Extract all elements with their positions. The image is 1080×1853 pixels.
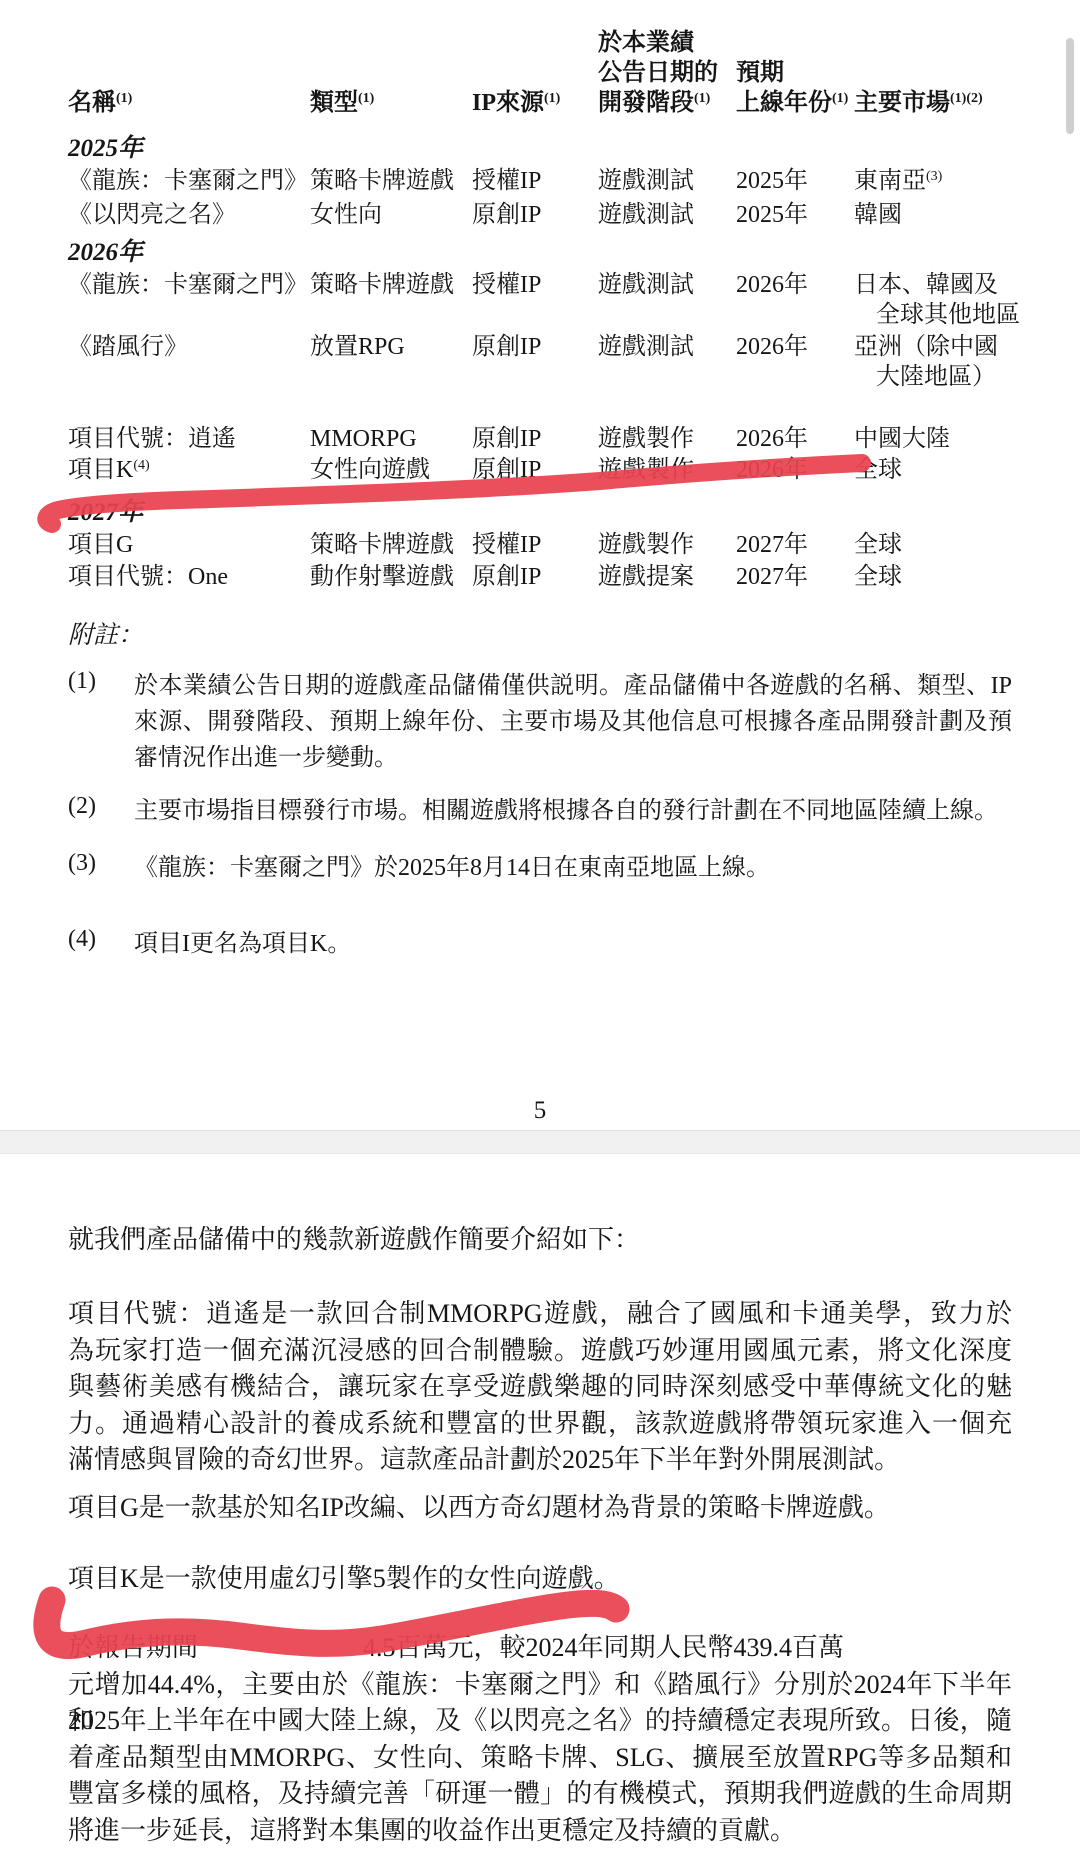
col-header-stage-line2: 公告日期的 [598, 58, 718, 88]
col-header-type: 類型(1) [310, 88, 374, 118]
footnote-number: (1) [68, 668, 96, 695]
col-header-ip: IP來源(1) [472, 88, 560, 118]
footnote-number: (2) [68, 793, 96, 820]
col-header-name-label: 名稱 [68, 90, 116, 116]
col-header-ip-footnote: (1) [544, 91, 560, 106]
cell-launch-year: 2026年 [736, 455, 808, 485]
cell-ip-source: 授權IP [472, 270, 541, 300]
paragraph-line: 着產品類型由MMORPG、女性向、策略卡牌、SLG、擴展至放置RPG等多品類和 [68, 1740, 1012, 1777]
col-header-ip-label: IP來源 [472, 90, 544, 116]
col-header-name-footnote: (1) [116, 91, 132, 106]
col-header-name: 名稱(1) [68, 88, 132, 118]
cell-type: 女性向 [310, 200, 382, 230]
cell-type: 動作射擊遊戲 [310, 562, 454, 592]
cell-market: 全球 [854, 455, 902, 485]
footnote-text: 主要市場指目標發行市場。相關遊戲將根據各自的發行計劃在不同地區陸續上線。 [134, 793, 1012, 829]
cell-launch-year: 2027年 [736, 562, 808, 592]
col-header-market-label: 主要市場 [854, 90, 950, 116]
cell-dev-stage: 遊戲製作 [598, 455, 694, 485]
cell-name-footnote: (4) [133, 458, 149, 473]
col-header-type-footnote: (1) [358, 91, 374, 106]
cell-ip-source: 原創IP [472, 424, 541, 454]
cell-name: 項目G [68, 530, 133, 560]
cell-name: 項目代號：One [68, 562, 228, 592]
cell-market-text: 東南亞 [854, 168, 926, 194]
cell-market-line1: 亞洲（除中國 [854, 332, 998, 362]
paragraph-line: 將進一步延長，這將對本集團的收益作出更穩定及持續的貢獻。 [68, 1813, 1012, 1850]
cell-market: 全球 [854, 530, 902, 560]
col-header-market: 主要市場(1)(2) [854, 88, 983, 118]
cell-ip-source: 授權IP [472, 530, 541, 560]
col-header-stage-line1: 於本業績 [598, 28, 694, 58]
footnote-number: (3) [68, 850, 96, 877]
cell-name: 《龍族：卡塞爾之門》 [68, 166, 308, 196]
cell-ip-source: 原創IP [472, 562, 541, 592]
scrollbar-thumb[interactable] [1066, 38, 1074, 134]
intro-paragraph: 就我們產品儲備中的幾款新遊戲作簡要介紹如下： [68, 1222, 1012, 1259]
cell-ip-source: 原創IP [472, 455, 541, 485]
cell-market: 東南亞(3) [854, 166, 942, 196]
project-k-paragraph: 項目K是一款使用虛幻引擎5製作的女性向遊戲。 [68, 1561, 1012, 1598]
col-header-stage-footnote: (1) [694, 91, 710, 106]
cell-launch-year: 2026年 [736, 332, 808, 362]
section-year-2026: 2026年 [68, 238, 143, 268]
cell-dev-stage: 遊戲測試 [598, 332, 694, 362]
paragraph-line: 豐富多樣的風格，及持續完善「研運一體」的有機模式，預期我們遊戲的生命周期 [68, 1776, 1012, 1813]
cell-ip-source: 原創IP [472, 200, 541, 230]
cell-dev-stage: 遊戲測試 [598, 166, 694, 196]
paragraph-line: 為玩家打造一個充滿沉浸感的回合制體驗。遊戲巧妙運用國風元素，將文化深度 [68, 1333, 1012, 1370]
paragraph-line: 滿情感與冒險的奇幻世界。這款產品計劃於2025年下半年對外開展測試。 [68, 1442, 1012, 1479]
cell-market: 亞洲（除中國 大陸地區） [854, 332, 998, 392]
page-number: 5 [0, 1097, 1080, 1125]
section-year-2027: 2027年 [68, 498, 143, 528]
cell-launch-year: 2026年 [736, 424, 808, 454]
footnotes-title: 附註： [68, 615, 143, 651]
document-page: 於本業績 公告日期的 預期 名稱(1) 類型(1) IP來源(1) 開發階段(1… [0, 0, 1080, 1853]
col-header-stage: 開發階段(1) [598, 88, 710, 118]
paragraph-line-partially-redacted: 於報告期間 4.5百萬元，較2024年同期人民幣439.4百萬 [68, 1630, 1012, 1667]
paragraph-line: 項目代號：逍遙是一款回合制MMORPG遊戲，融合了國風和卡通美學，致力於 [68, 1296, 1012, 1333]
cell-market-line1: 日本、韓國及 [854, 270, 1020, 300]
cell-dev-stage: 遊戲測試 [598, 270, 694, 300]
project-xiaoyao-paragraph: 項目代號：逍遙是一款回合制MMORPG遊戲，融合了國風和卡通美學，致力於 為玩家… [68, 1296, 1012, 1479]
page-separator-band [0, 1130, 1080, 1154]
redacted-line-left-fragment: 於報告期間 [68, 1633, 198, 1662]
cell-type: 策略卡牌遊戲 [310, 166, 454, 196]
cell-market-line2: 大陸地區） [876, 362, 998, 392]
cell-name: 《龍族：卡塞爾之門》 [68, 270, 308, 300]
footnote-text: 於本業績公告日期的遊戲產品儲備僅供説明。產品儲備中各遊戲的名稱、類型、IP來源、… [134, 668, 1012, 776]
cell-type: MMORPG [310, 424, 417, 454]
cell-market: 韓國 [854, 200, 902, 230]
footnote-text: 《龍族：卡塞爾之門》於2025年8月14日在東南亞地區上線。 [134, 850, 1012, 886]
cell-dev-stage: 遊戲提案 [598, 562, 694, 592]
footnote-text: 項目I更名為項目K。 [134, 926, 1012, 962]
cell-dev-stage: 遊戲製作 [598, 530, 694, 560]
footnote-number: (4) [68, 926, 96, 953]
section-year-2025: 2025年 [68, 134, 143, 164]
cell-launch-year: 2025年 [736, 200, 808, 230]
cell-dev-stage: 遊戲製作 [598, 424, 694, 454]
cell-market: 全球 [854, 562, 902, 592]
cell-launch-year: 2026年 [736, 270, 808, 300]
cell-type: 策略卡牌遊戲 [310, 270, 454, 300]
paragraph-line: 力。通過精心設計的養成系統和豐富的世界觀，該款遊戲將帶領玩家進入一個充 [68, 1406, 1012, 1443]
col-header-market-footnote: (1)(2) [950, 91, 983, 106]
col-header-stage-label: 開發階段 [598, 90, 694, 116]
cell-market-line2: 全球其他地區 [876, 300, 1020, 330]
cell-ip-source: 授權IP [472, 166, 541, 196]
cell-launch-year: 2027年 [736, 530, 808, 560]
col-header-type-label: 類型 [310, 90, 358, 116]
cell-market: 日本、韓國及 全球其他地區 [854, 270, 1020, 330]
cell-name: 項目代號：逍遙 [68, 424, 236, 454]
cell-type: 策略卡牌遊戲 [310, 530, 454, 560]
paragraph-line: 元增加44.4%，主要由於《龍族：卡塞爾之門》和《踏風行》分別於2024年下半年… [68, 1667, 1012, 1704]
paragraph-line: 2025年上半年在中國大陸上線，及《以閃亮之名》的持續穩定表現所致。日後，隨 [68, 1703, 1012, 1740]
paragraph-line: 與藝術美感有機結合，讓玩家在享受遊戲樂趣的同時深刻感受中華傳統文化的魅 [68, 1369, 1012, 1406]
col-header-year-line1: 預期 [736, 58, 784, 88]
col-header-year-label: 上線年份 [736, 90, 832, 116]
cell-dev-stage: 遊戲測試 [598, 200, 694, 230]
cell-name: 項目K(4) [68, 455, 150, 485]
cell-market: 中國大陸 [854, 424, 950, 454]
cell-name: 《以閃亮之名》 [68, 200, 236, 230]
cell-market-footnote: (3) [926, 169, 942, 184]
col-header-year-footnote: (1) [832, 91, 848, 106]
project-g-paragraph: 項目G是一款基於知名IP改編、以西方奇幻題材為背景的策略卡牌遊戲。 [68, 1490, 1012, 1527]
cell-ip-source: 原創IP [472, 332, 541, 362]
redacted-line-right-fragment: 4.5百萬元，較2024年同期人民幣439.4百萬 [363, 1630, 844, 1667]
col-header-year: 上線年份(1) [736, 88, 848, 118]
cell-type: 放置RPG [310, 332, 405, 362]
cell-name-text: 項目K [68, 457, 133, 483]
revenue-paragraph: 於報告期間 4.5百萬元，較2024年同期人民幣439.4百萬 元增加44.4%… [68, 1630, 1012, 1849]
cell-type: 女性向遊戲 [310, 455, 430, 485]
cell-launch-year: 2025年 [736, 166, 808, 196]
cell-name: 《踏風行》 [68, 332, 188, 362]
